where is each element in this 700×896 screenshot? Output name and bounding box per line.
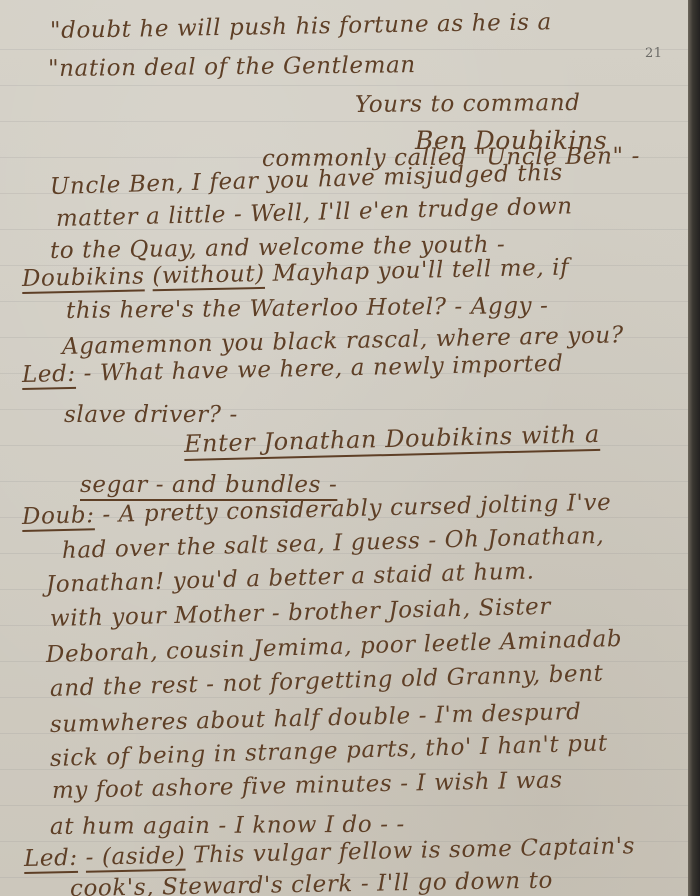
manuscript-line: sumwheres about half double - I'm despur… (50, 701, 582, 737)
manuscript-line: Deborah, cousin Jemima, poor leetle Amin… (46, 628, 623, 667)
stage-direction-line: segar - and bundles - (80, 474, 337, 497)
stage-direction-line: Enter Jonathan Doubikins with a (184, 422, 600, 456)
manuscript-line: matter a little - Well, I'll e'en trudge… (56, 195, 573, 231)
manuscript-line: cook's, Steward's clerk - I'll go down t… (70, 870, 553, 896)
stage-direction: - (aside) (85, 843, 185, 871)
manuscript-line: "doubt he will push his fortune as he is… (50, 11, 552, 43)
speaker-name: Doubikins (22, 263, 145, 292)
manuscript-line: Jonathan! you'd a better a staid at hum. (46, 560, 535, 597)
manuscript-line: my foot ashore five minutes - I wish I w… (52, 769, 563, 803)
manuscript-line: sick of being in strange parts, tho' I h… (50, 732, 608, 771)
manuscript-line: "nation deal of the Gentleman (48, 54, 416, 81)
stage-direction: (without) (152, 261, 265, 289)
folio-number: 21 (645, 46, 663, 61)
manuscript-line: slave driver? - (64, 404, 238, 427)
signature-closing: Yours to command (355, 92, 581, 117)
speaker-name: Led: (24, 845, 78, 872)
manuscript-line: at hum again - I know I do - - (50, 814, 405, 839)
manuscript-line: with your Mother - brother Josiah, Siste… (50, 596, 552, 631)
speaker-name: Led: (22, 361, 76, 388)
manuscript-line: this here's the Waterloo Hotel? - Aggy - (66, 295, 549, 323)
manuscript-line: Uncle Ben, I fear you have misjudged thi… (50, 162, 564, 199)
book-binding-edge (688, 0, 700, 896)
dialogue-line: Led: - (aside) This vulgar fellow is som… (24, 835, 636, 871)
speaker-name: Doub: (22, 502, 95, 530)
manuscript-line: had over the salt sea, I guess - Oh Jona… (62, 525, 605, 563)
manuscript-line: and the rest - not forgetting old Granny… (50, 663, 604, 701)
manuscript-page: 21 "doubt he will push his fortune as he… (0, 0, 688, 896)
